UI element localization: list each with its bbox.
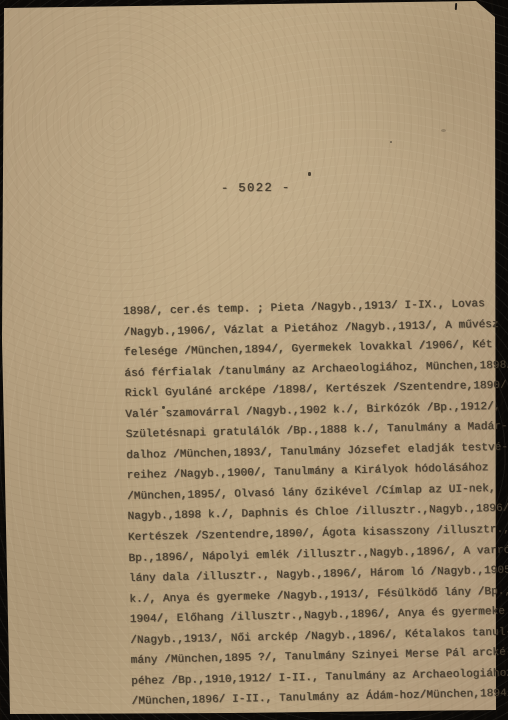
scan-artifact-dot: [308, 172, 311, 176]
page-number: - 5022 -: [221, 181, 291, 196]
scan-artifact-smudge: [441, 129, 446, 132]
scan-artifact-dot: [390, 141, 392, 143]
scan-artifact-dot: [162, 406, 165, 409]
scanned-document-page: - 5022 - 1898/, cer.és temp. ; Pieta /Na…: [0, 0, 508, 720]
typewritten-text-block: 1898/, cer.és temp. ; Pieta /Nagyb.,1913…: [123, 298, 508, 717]
